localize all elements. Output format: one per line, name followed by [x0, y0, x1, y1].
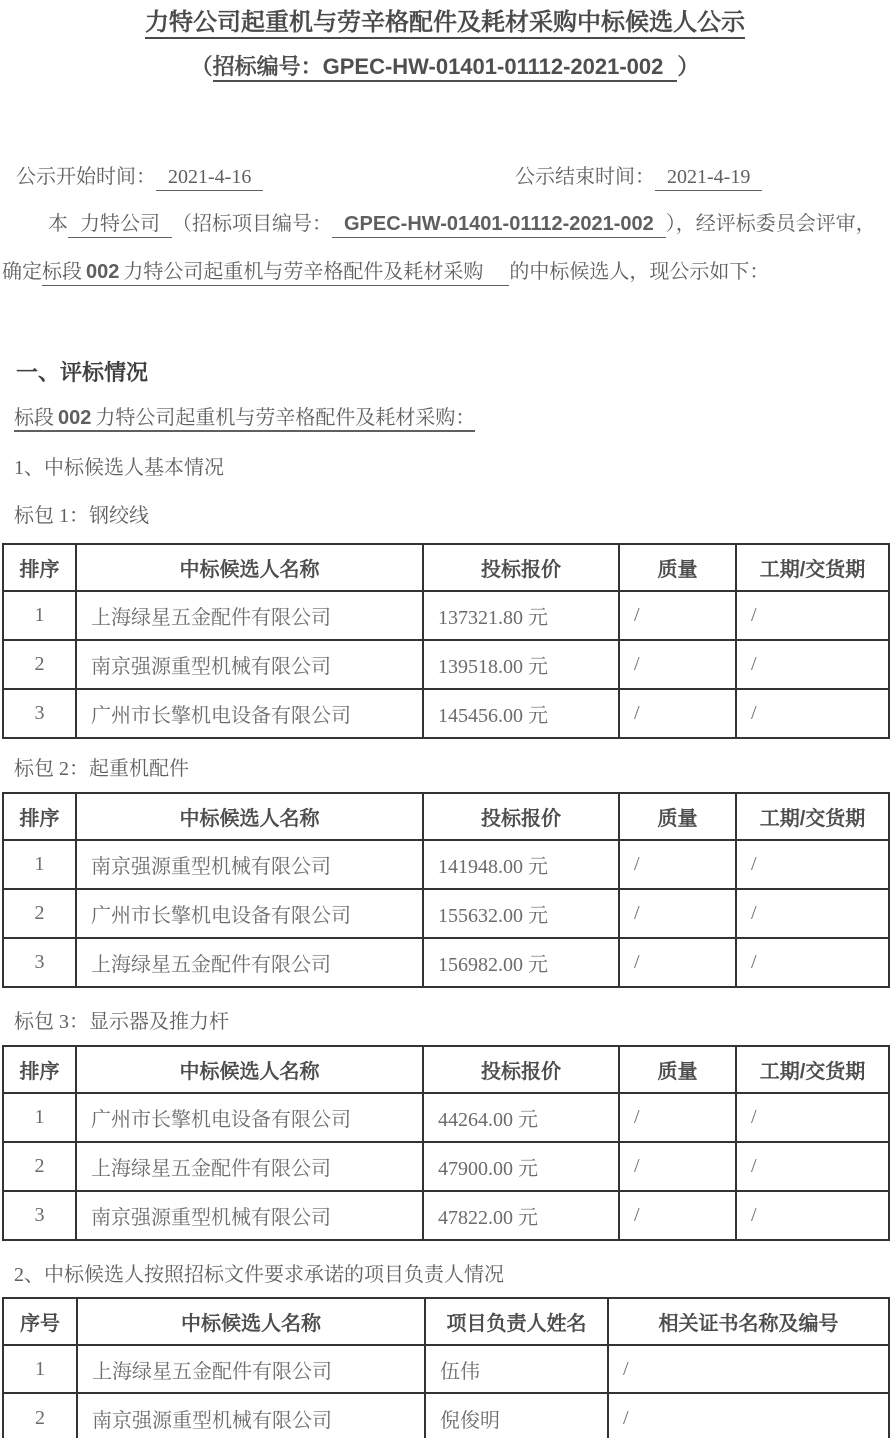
- intro-post: ），经评标委员会评审，: [666, 213, 876, 235]
- intro2-section-number: 002: [82, 261, 123, 283]
- package-1-label: 标包 1：钢绞线: [14, 503, 890, 529]
- table-cell: /: [608, 1345, 889, 1393]
- table-cell: /: [619, 889, 736, 938]
- intro2-section-name: 力特公司起重机与劳辛格配件及耗材采购: [123, 261, 483, 283]
- table-cell: 47900.00 元: [423, 1142, 619, 1191]
- table-cell: /: [736, 640, 889, 689]
- table-cell: /: [608, 1393, 889, 1438]
- column-header: 质量: [619, 544, 736, 591]
- table-row: 2南京强源重型机械有限公司倪俊明/: [3, 1393, 889, 1438]
- table-cell: 南京强源重型机械有限公司: [76, 840, 423, 889]
- table-cell: /: [619, 1093, 736, 1142]
- intro2-pre: 确定: [2, 261, 42, 283]
- table-cell: 广州市长擎机电设备有限公司: [76, 889, 423, 938]
- table-cell: 3: [3, 1191, 76, 1240]
- table-cell: 2: [3, 889, 76, 938]
- column-header: 工期/交货期: [736, 793, 889, 840]
- document-title: 力特公司起重机与劳辛格配件及耗材采购中标候选人公示: [0, 8, 890, 38]
- publicity-end-label: 公示结束时间：: [515, 166, 655, 188]
- table-cell: 南京强源重型机械有限公司: [77, 1393, 425, 1438]
- column-header: 质量: [619, 1046, 736, 1093]
- table-cell: 广州市长擎机电设备有限公司: [76, 1093, 423, 1142]
- table-cell: /: [619, 840, 736, 889]
- table-cell: 141948.00 元: [423, 840, 619, 889]
- column-header: 投标报价: [423, 793, 619, 840]
- publicity-end-value: 2021-4-19: [655, 166, 762, 191]
- subtitle-paren-close: ）: [677, 54, 699, 79]
- table-cell: 1: [3, 1093, 76, 1142]
- table-cell: 155632.00 元: [423, 889, 619, 938]
- table-cell: /: [619, 1191, 736, 1240]
- column-header: 中标候选人名称: [76, 793, 423, 840]
- table-cell: 1: [3, 591, 76, 640]
- table-cell: /: [619, 640, 736, 689]
- section-subheading: 标段002力特公司起重机与劳辛格配件及耗材采购：: [14, 405, 890, 432]
- table-cell: 3: [3, 689, 76, 738]
- tender-number-value: GPEC-HW-01401-01112-2021-002: [323, 54, 664, 79]
- table-cell: /: [619, 938, 736, 987]
- document-title-text: 力特公司起重机与劳辛格配件及耗材采购中标候选人公示: [145, 9, 745, 39]
- package-1-table: 排序中标候选人名称投标报价质量工期/交货期 1上海绿星五金配件有限公司13732…: [2, 543, 890, 739]
- publicity-start-group: 公示开始时间：2021-4-16: [16, 166, 263, 191]
- table-cell: 1: [3, 1345, 77, 1393]
- table-cell: 伍伟: [425, 1345, 608, 1393]
- column-header: 质量: [619, 793, 736, 840]
- section-heading-evaluation: 一、评标情况: [16, 359, 890, 387]
- column-header: 中标候选人名称: [77, 1298, 425, 1345]
- publicity-dates-line: 公示开始时间：2021-4-16 公示结束时间：2021-4-19: [16, 164, 890, 190]
- table-cell: 145456.00 元: [423, 689, 619, 738]
- tender-number-group: 招标编号：GPEC-HW-01401-01112-2021-002: [213, 54, 678, 82]
- table-cell: 2: [3, 640, 76, 689]
- intro-project-number: GPEC-HW-01401-01112-2021-002: [332, 213, 666, 238]
- table-header-row: 序号中标候选人名称项目负责人姓名相关证书名称及编号: [3, 1298, 889, 1345]
- list-item-2: 2、中标候选人按照招标文件要求承诺的项目负责人情况: [14, 1262, 890, 1288]
- intro2-section-word: 标段: [42, 261, 82, 283]
- table-header-row: 排序中标候选人名称投标报价质量工期/交货期: [3, 793, 889, 840]
- table-cell: 上海绿星五金配件有限公司: [77, 1345, 425, 1393]
- table-row: 2上海绿星五金配件有限公司47900.00 元//: [3, 1142, 889, 1191]
- intro2-underlined: 标段002力特公司起重机与劳辛格配件及耗材采购: [42, 261, 509, 286]
- table-cell: /: [736, 1191, 889, 1240]
- publicity-start-value: 2021-4-16: [156, 166, 263, 191]
- document-page: 力特公司起重机与劳辛格配件及耗材采购中标候选人公示 （招标编号：GPEC-HW-…: [0, 0, 890, 1438]
- table-row: 1广州市长擎机电设备有限公司44264.00 元//: [3, 1093, 889, 1142]
- column-header: 排序: [3, 793, 76, 840]
- table-cell: 广州市长擎机电设备有限公司: [76, 689, 423, 738]
- intro-line-1: 本力特公司（招标项目编号：GPEC-HW-01401-01112-2021-00…: [2, 211, 890, 238]
- intro-company: 力特公司: [68, 213, 172, 238]
- table-row: 2南京强源重型机械有限公司139518.00 元//: [3, 640, 889, 689]
- table-cell: 1: [3, 840, 76, 889]
- column-header: 投标报价: [423, 544, 619, 591]
- subheading-section-number: 002: [54, 407, 95, 429]
- table-cell: 南京强源重型机械有限公司: [76, 1191, 423, 1240]
- column-header: 项目负责人姓名: [425, 1298, 608, 1345]
- table-row: 3南京强源重型机械有限公司47822.00 元//: [3, 1191, 889, 1240]
- table-header-row: 排序中标候选人名称投标报价质量工期/交货期: [3, 1046, 889, 1093]
- package-3-label: 标包 3：显示器及推力杆: [14, 1009, 890, 1035]
- column-header: 工期/交货期: [736, 1046, 889, 1093]
- package-2-label: 标包 2：起重机配件: [14, 756, 890, 782]
- intro-pre: 本: [48, 213, 68, 235]
- table-cell: 上海绿星五金配件有限公司: [76, 1142, 423, 1191]
- table-row: 1上海绿星五金配件有限公司伍伟/: [3, 1345, 889, 1393]
- table-cell: 156982.00 元: [423, 938, 619, 987]
- project-managers-table: 序号中标候选人名称项目负责人姓名相关证书名称及编号 1上海绿星五金配件有限公司伍…: [2, 1297, 890, 1438]
- table-cell: /: [736, 1093, 889, 1142]
- table-row: 1南京强源重型机械有限公司141948.00 元//: [3, 840, 889, 889]
- table-cell: 南京强源重型机械有限公司: [76, 640, 423, 689]
- table-cell: 上海绿星五金配件有限公司: [76, 591, 423, 640]
- table-cell: 139518.00 元: [423, 640, 619, 689]
- intro2-post: 的中标候选人，现公示如下：: [509, 261, 769, 283]
- table-cell: /: [736, 889, 889, 938]
- publicity-end-group: 公示结束时间：2021-4-19: [515, 164, 762, 190]
- table-cell: 倪俊明: [425, 1393, 608, 1438]
- intro-line-2: 确定标段002力特公司起重机与劳辛格配件及耗材采购的中标候选人，现公示如下：: [2, 259, 890, 286]
- column-header: 中标候选人名称: [76, 1046, 423, 1093]
- table-cell: /: [619, 689, 736, 738]
- table-cell: 上海绿星五金配件有限公司: [76, 938, 423, 987]
- subtitle-paren-open: （: [191, 54, 213, 79]
- table-cell: 2: [3, 1142, 76, 1191]
- table-row: 1上海绿星五金配件有限公司137321.80 元//: [3, 591, 889, 640]
- section-subheading-underlined: 标段002力特公司起重机与劳辛格配件及耗材采购：: [14, 407, 475, 432]
- column-header: 中标候选人名称: [76, 544, 423, 591]
- table-cell: 137321.80 元: [423, 591, 619, 640]
- table-cell: /: [619, 1142, 736, 1191]
- subheading-section-word: 标段: [14, 407, 54, 429]
- list-item-1: 1、中标候选人基本情况: [14, 455, 890, 481]
- subheading-section-name: 力特公司起重机与劳辛格配件及耗材采购：: [95, 407, 475, 429]
- table-cell: /: [736, 840, 889, 889]
- column-header: 序号: [3, 1298, 77, 1345]
- table-cell: /: [736, 938, 889, 987]
- table-cell: /: [736, 689, 889, 738]
- table-cell: /: [736, 1142, 889, 1191]
- tender-number-label: 招标编号：: [213, 54, 323, 79]
- column-header: 工期/交货期: [736, 544, 889, 591]
- table-cell: /: [736, 591, 889, 640]
- table-cell: 47822.00 元: [423, 1191, 619, 1240]
- table-row: 3上海绿星五金配件有限公司156982.00 元//: [3, 938, 889, 987]
- table-cell: 3: [3, 938, 76, 987]
- table-cell: /: [619, 591, 736, 640]
- column-header: 相关证书名称及编号: [608, 1298, 889, 1345]
- intro-mid: （招标项目编号：: [172, 213, 332, 235]
- column-header: 排序: [3, 544, 76, 591]
- table-cell: 2: [3, 1393, 77, 1438]
- column-header: 投标报价: [423, 1046, 619, 1093]
- table-header-row: 排序中标候选人名称投标报价质量工期/交货期: [3, 544, 889, 591]
- table-cell: 44264.00 元: [423, 1093, 619, 1142]
- column-header: 排序: [3, 1046, 76, 1093]
- package-3-table: 排序中标候选人名称投标报价质量工期/交货期 1广州市长擎机电设备有限公司4426…: [2, 1045, 890, 1241]
- package-2-table: 排序中标候选人名称投标报价质量工期/交货期 1南京强源重型机械有限公司14194…: [2, 792, 890, 988]
- table-row: 2广州市长擎机电设备有限公司155632.00 元//: [3, 889, 889, 938]
- publicity-start-label: 公示开始时间：: [16, 166, 156, 188]
- table-row: 3广州市长擎机电设备有限公司145456.00 元//: [3, 689, 889, 738]
- document-subtitle: （招标编号：GPEC-HW-01401-01112-2021-002）: [0, 53, 890, 81]
